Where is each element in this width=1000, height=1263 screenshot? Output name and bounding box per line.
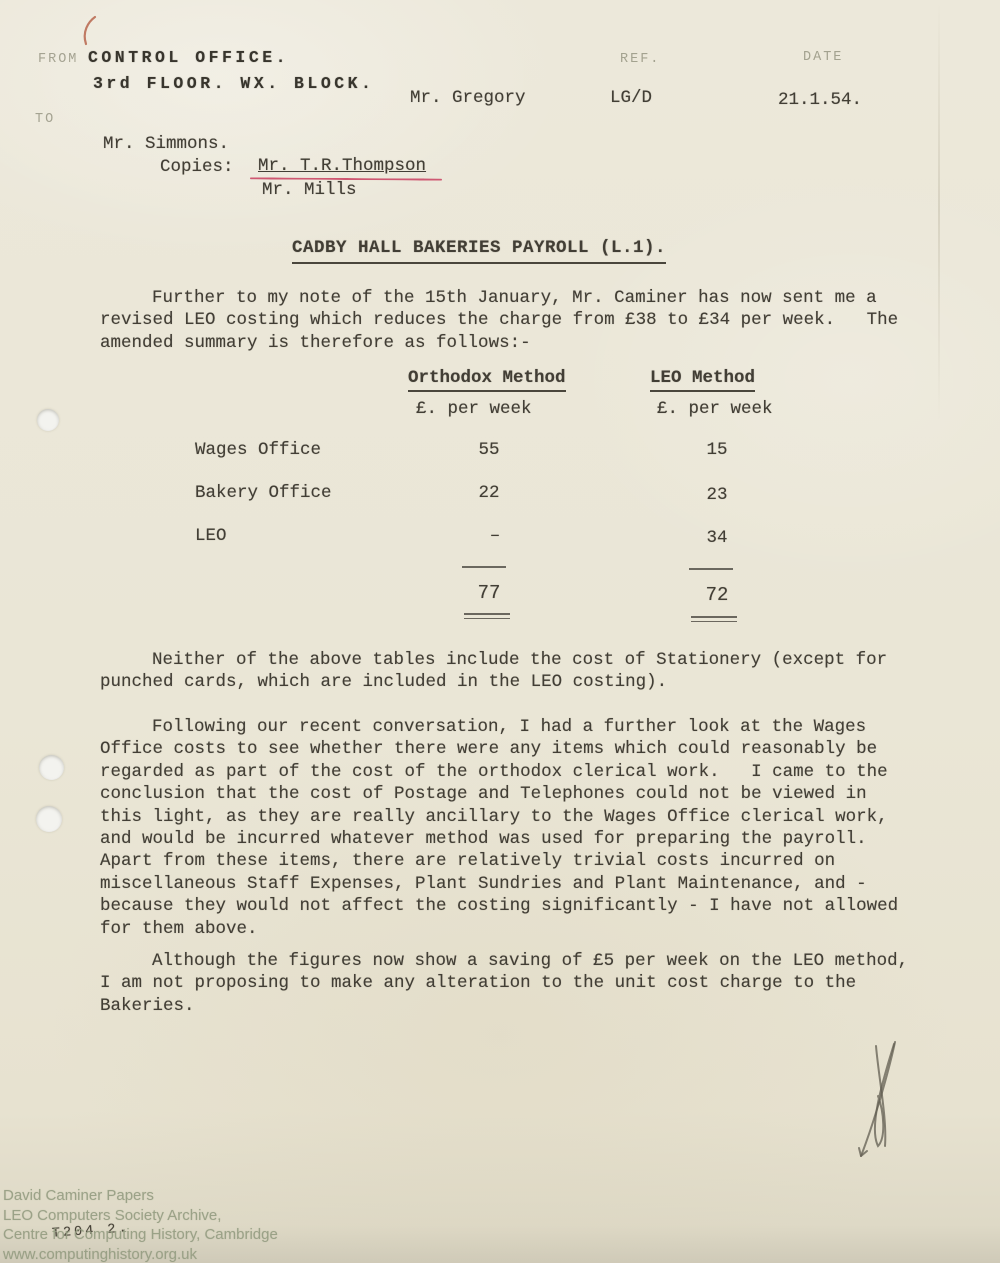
paragraph-wages-office-analysis: Following our recent conversation, I had… [100, 716, 918, 940]
row-label-wages-office: Wages Office [195, 440, 321, 460]
value-bakery-orthodox: 22 [478, 483, 499, 503]
unit-label-leo: £. per week [657, 399, 773, 419]
column-header-orthodox: Orthodox Method [408, 368, 566, 392]
unit-label-orthodox: £. per week [416, 399, 532, 419]
to-label: TO [35, 112, 55, 127]
memo-title: CADBY HALL BAKERIES PAYROLL (L.1). [292, 238, 666, 264]
sender-name: Mr. Gregory [410, 88, 526, 108]
punch-hole-top [37, 409, 59, 431]
from-office-line: CONTROL OFFICE. [88, 48, 289, 67]
date-label: DATE [803, 50, 843, 65]
paragraph-intro: Further to my note of the 15th January, … [100, 287, 918, 354]
scanned-memo-page: FROM CONTROL OFFICE. 3rd FLOOR. WX. BLOC… [0, 0, 1000, 1263]
paragraph-conclusion: Although the figures now show a saving o… [100, 950, 918, 1017]
total-separator-orthodox [462, 566, 506, 568]
red-pen-tick-mark [78, 14, 108, 48]
value-wages-leo: 15 [706, 440, 727, 460]
total-separator-leo [689, 568, 733, 570]
paper-crease [938, 0, 940, 420]
ref-label: REF. [620, 52, 660, 67]
punch-hole-middle [39, 755, 64, 780]
row-label-bakery-office: Bakery Office [195, 483, 332, 503]
total-underline-leo [691, 616, 737, 622]
paragraph-stationery-note: Neither of the above tables include the … [100, 649, 918, 694]
total-orthodox: 77 [478, 582, 501, 604]
column-header-leo: LEO Method [650, 368, 755, 392]
copies-label: Copies: [160, 157, 234, 177]
value-bakery-leo: 23 [706, 485, 727, 505]
ref-value: LG/D [610, 88, 652, 108]
copy-recipient-mills: Mr. Mills [262, 180, 357, 200]
recipient-name: Mr. Simmons. [103, 134, 229, 154]
date-value: 21.1.54. [778, 90, 862, 110]
pencil-scribble-mark [845, 1032, 925, 1162]
copy-recipient-thompson: Mr. T.R.Thompson [258, 156, 426, 176]
punch-hole-bottom [36, 806, 62, 832]
value-leo-orthodox: – [490, 526, 501, 546]
total-leo: 72 [706, 584, 729, 606]
value-wages-orthodox: 55 [478, 440, 499, 460]
total-underline-orthodox [464, 613, 510, 619]
row-label-leo: LEO [195, 526, 227, 546]
archive-watermark: David Caminer Papers LEO Computers Socie… [3, 1186, 278, 1263]
from-label: FROM [38, 52, 78, 67]
from-floor-line: 3rd FLOOR. WX. BLOCK. [93, 74, 374, 93]
value-leo-leo: 34 [706, 528, 727, 548]
